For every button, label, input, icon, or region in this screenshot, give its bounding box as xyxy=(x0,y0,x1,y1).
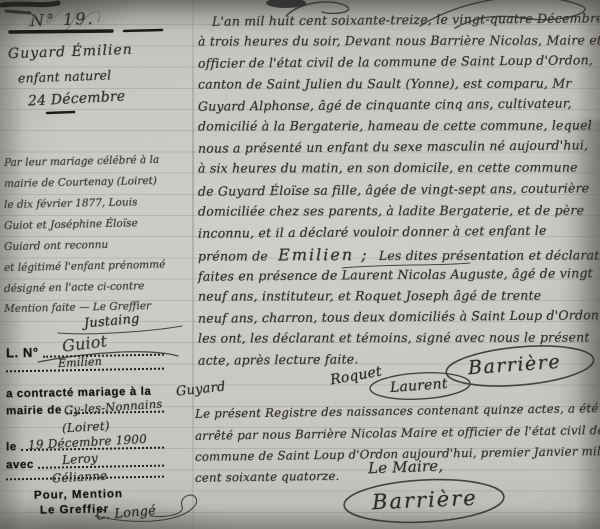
act-body-line: neuf ans, charron, tous deux domiciliés … xyxy=(198,307,600,326)
underline-act-number xyxy=(10,31,112,32)
act-body-line: à six heures du matin, en son domicile, … xyxy=(198,159,600,175)
margin-note-line: Mention faite — Le Greffier xyxy=(4,299,200,315)
margin-note-line: Guiot et Joséphine Éloïse xyxy=(4,216,200,232)
margin-note-line: mairie de Courtenay (Loiret) xyxy=(4,174,200,190)
margin-status: enfant naturel xyxy=(18,67,112,85)
stamp-pour-mention: Pour, Mention xyxy=(34,488,123,502)
stamp-avec-label: avec xyxy=(6,459,34,471)
stamp-date-label: le xyxy=(6,441,17,453)
signature-mayor-bottom: Barrière xyxy=(372,486,479,515)
stamp-mairie-label: mairie de xyxy=(6,404,62,417)
closing-line: arrêté par nous Barrière Nicolas Maire e… xyxy=(195,423,599,443)
margin-note-signature: Justaing xyxy=(83,312,140,332)
signature-witness-laurent: Laurent xyxy=(390,376,449,396)
stamp-overlay-name: Émilien xyxy=(58,355,103,370)
margin-note-line: Guiard ont reconnu xyxy=(4,237,200,253)
scanned-register-page: N° 19. Guyard Émilien enfant naturel 24 … xyxy=(0,0,600,529)
act-body-line: de Guyard Éloïse sa fille, âgée de vingt… xyxy=(198,180,600,199)
closing-line: Le présent Registre des naissances conte… xyxy=(195,401,599,421)
margin-note-line: désigné en l'acte ci-contre xyxy=(4,279,200,295)
act-body-line-emphasis: prénom de Emilien ; Les dites présentati… xyxy=(198,244,600,264)
child-forename: Emilien ; xyxy=(272,245,375,264)
act-body-line: officier de l'état civil de la commune d… xyxy=(198,52,600,71)
act-body-line: neuf ans, instituteur, et Roquet Joseph … xyxy=(198,287,600,303)
le-maire-label: Le Maire, xyxy=(368,457,444,478)
act-body-line: nous a présenté un enfant du sexe mascul… xyxy=(198,137,600,156)
stamp-avec-value: Leroy xyxy=(62,451,99,467)
ink-streak-top-left2 xyxy=(6,11,30,13)
line12-pre: prénom de xyxy=(198,248,268,263)
act-body-line: domiciliée chez ses parents, à ladite Be… xyxy=(198,202,600,218)
signature-declarant: Guyard xyxy=(175,379,226,399)
ink-blob-top-center xyxy=(266,0,306,8)
act-number: N° 19. xyxy=(30,9,95,30)
stamp-number-label: L. N° xyxy=(6,345,39,361)
line12-post: Les dites présentation et déclaration xyxy=(379,247,600,263)
act-body-line: inconnu, et il a déclaré vouloir donner … xyxy=(198,222,600,241)
dash-under-margin-date xyxy=(47,112,74,113)
margin-note-line: et légitimé l'enfant prénommé xyxy=(4,258,200,274)
signature-witness-roquet: Roquet xyxy=(329,364,383,389)
act-body-line: faites en présence de Laurent Nicolas Au… xyxy=(198,265,600,284)
act-body-line: canton de Saint Julien du Sault (Yonne),… xyxy=(198,75,600,91)
ink-streak-top-left xyxy=(2,3,58,5)
margin-child-name: Guyard Émilien xyxy=(8,42,133,62)
stamp-avec-value2: Célianne xyxy=(52,469,108,486)
act-body-line: Guyard Alphonse, âgé de cinquante cinq a… xyxy=(198,95,600,114)
act-body-line: domicilié à la Bergaterie, hameau de cet… xyxy=(198,117,600,133)
margin-note-line: Par leur mariage célébré à la xyxy=(4,153,200,169)
act-body-line: L'an mil huit cent soixante-treize, le v… xyxy=(212,10,600,29)
act-body-line: les ont, les déclarant et témoins, signé… xyxy=(198,329,600,345)
stamp-dept: (Loiret) xyxy=(62,419,110,435)
margin-note-line: le dix février 1877, Louis xyxy=(4,195,200,211)
underline-act-number-right xyxy=(124,30,162,31)
margin-date: 24 Décembre xyxy=(28,88,126,109)
act-body-line: à trois heures du soir, Devant nous Barr… xyxy=(198,32,600,48)
